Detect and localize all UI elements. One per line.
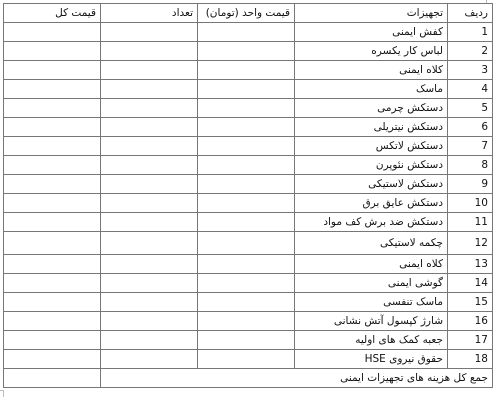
table-row: 7دستکش لاتکس [4, 137, 493, 156]
total-price-cell[interactable] [4, 137, 101, 156]
total-price-cell[interactable] [4, 23, 101, 42]
row-number-cell: 5 [448, 99, 493, 118]
unit-price-cell[interactable] [198, 23, 295, 42]
total-price-cell[interactable] [4, 331, 101, 350]
safety-equipment-cost-table: ردیف تجهیزات قیمت واحد (تومان) تعداد قیم… [3, 3, 493, 388]
quantity-cell[interactable] [101, 312, 198, 331]
table-footer-row: جمع کل هزینه های تجهیزات ایمنی [4, 369, 493, 388]
quantity-cell[interactable] [101, 118, 198, 137]
row-number-cell: 6 [448, 118, 493, 137]
total-price-cell[interactable] [4, 293, 101, 312]
equipment-name-cell: دستکش چرمی [295, 99, 448, 118]
table-row: 10دستکش عایق برق [4, 194, 493, 213]
row-number-cell: 14 [448, 274, 493, 293]
unit-price-cell[interactable] [198, 118, 295, 137]
quantity-cell[interactable] [101, 293, 198, 312]
quantity-cell[interactable] [101, 194, 198, 213]
table-row: 16شارژ کپسول آتش نشانی [4, 312, 493, 331]
equipment-name-cell: دستکش نئوپرن [295, 156, 448, 175]
row-number-cell: 9 [448, 175, 493, 194]
equipment-name-cell: کلاه ایمنی [295, 61, 448, 80]
equipment-name-cell: لباس کار یکسره [295, 42, 448, 61]
quantity-cell[interactable] [101, 255, 198, 274]
unit-price-cell[interactable] [198, 194, 295, 213]
row-number-cell: 1 [448, 23, 493, 42]
quantity-cell[interactable] [101, 42, 198, 61]
total-price-cell[interactable] [4, 312, 101, 331]
equipment-name-cell: دستکش لاتکس [295, 137, 448, 156]
quantity-cell[interactable] [101, 274, 198, 293]
total-price-cell[interactable] [4, 255, 101, 274]
equipment-name-cell: دستکش نیتریلی [295, 118, 448, 137]
quantity-cell[interactable] [101, 331, 198, 350]
equipment-name-cell: دستکش لاستیکی [295, 175, 448, 194]
page-corner-mark-bottom-left [0, 390, 4, 397]
total-price-cell[interactable] [4, 156, 101, 175]
row-number-cell: 8 [448, 156, 493, 175]
equipment-name-cell: جعبه کمک های اولیه [295, 331, 448, 350]
total-price-cell[interactable] [4, 80, 101, 99]
table-row: 1کفش ایمنی [4, 23, 493, 42]
equipment-name-cell: گوشی ایمنی [295, 274, 448, 293]
table-row: 12چکمه لاستیکی [4, 232, 493, 255]
total-price-cell[interactable] [4, 194, 101, 213]
row-number-cell: 10 [448, 194, 493, 213]
unit-price-cell[interactable] [198, 137, 295, 156]
quantity-cell[interactable] [101, 80, 198, 99]
header-unit-price: قیمت واحد (تومان) [198, 4, 295, 23]
table-row: 15ماسک تنفسی [4, 293, 493, 312]
total-price-cell[interactable] [4, 232, 101, 255]
row-number-cell: 18 [448, 350, 493, 369]
header-equipment: تجهیزات [295, 4, 448, 23]
quantity-cell[interactable] [101, 175, 198, 194]
equipment-name-cell: ماسک [295, 80, 448, 99]
row-number-cell: 4 [448, 80, 493, 99]
quantity-cell[interactable] [101, 61, 198, 80]
row-number-cell: 3 [448, 61, 493, 80]
unit-price-cell[interactable] [198, 213, 295, 232]
equipment-name-cell: کلاه ایمنی [295, 255, 448, 274]
equipment-name-cell: ماسک تنفسی [295, 293, 448, 312]
quantity-cell[interactable] [101, 137, 198, 156]
unit-price-cell[interactable] [198, 61, 295, 80]
table-header-row: ردیف تجهیزات قیمت واحد (تومان) تعداد قیم… [4, 4, 493, 23]
quantity-cell[interactable] [101, 156, 198, 175]
header-total-price: قیمت کل [4, 4, 101, 23]
unit-price-cell[interactable] [198, 175, 295, 194]
total-price-cell[interactable] [4, 118, 101, 137]
unit-price-cell[interactable] [198, 312, 295, 331]
header-quantity: تعداد [101, 4, 198, 23]
header-radif: ردیف [448, 4, 493, 23]
total-price-cell[interactable] [4, 99, 101, 118]
row-number-cell: 12 [448, 232, 493, 255]
total-price-cell[interactable] [4, 61, 101, 80]
equipment-name-cell: دستکش عایق برق [295, 194, 448, 213]
unit-price-cell[interactable] [198, 255, 295, 274]
total-price-cell[interactable] [4, 42, 101, 61]
equipment-name-cell: دستکش ضد برش کف مواد [295, 213, 448, 232]
row-number-cell: 11 [448, 213, 493, 232]
quantity-cell[interactable] [101, 232, 198, 255]
total-price-cell[interactable] [4, 175, 101, 194]
row-number-cell: 17 [448, 331, 493, 350]
quantity-cell[interactable] [101, 23, 198, 42]
table-row: 9دستکش لاستیکی [4, 175, 493, 194]
unit-price-cell[interactable] [198, 232, 295, 255]
table-row: 4ماسک [4, 80, 493, 99]
unit-price-cell[interactable] [198, 331, 295, 350]
row-number-cell: 16 [448, 312, 493, 331]
table-row: 13کلاه ایمنی [4, 255, 493, 274]
table-row: 17جعبه کمک های اولیه [4, 331, 493, 350]
equipment-name-cell: چکمه لاستیکی [295, 232, 448, 255]
equipment-name-cell: حقوق نیروی HSE [295, 350, 448, 369]
unit-price-cell[interactable] [198, 99, 295, 118]
total-price-cell[interactable] [4, 274, 101, 293]
quantity-cell[interactable] [101, 350, 198, 369]
unit-price-cell[interactable] [198, 156, 295, 175]
row-number-cell: 7 [448, 137, 493, 156]
unit-price-cell[interactable] [198, 80, 295, 99]
table-row: 5دستکش چرمی [4, 99, 493, 118]
equipment-name-cell: شارژ کپسول آتش نشانی [295, 312, 448, 331]
row-number-cell: 15 [448, 293, 493, 312]
unit-price-cell[interactable] [198, 350, 295, 369]
grand-total-value-cell[interactable] [4, 369, 101, 388]
equipment-name-cell: کفش ایمنی [295, 23, 448, 42]
total-price-cell[interactable] [4, 350, 101, 369]
table-row: 18حقوق نیروی HSE [4, 350, 493, 369]
unit-price-cell[interactable] [198, 274, 295, 293]
quantity-cell[interactable] [101, 99, 198, 118]
grand-total-label: جمع کل هزینه های تجهیزات ایمنی [101, 369, 493, 388]
table-row: 8دستکش نئوپرن [4, 156, 493, 175]
row-number-cell: 2 [448, 42, 493, 61]
total-price-cell[interactable] [4, 213, 101, 232]
row-number-cell: 13 [448, 255, 493, 274]
table-row: 6دستکش نیتریلی [4, 118, 493, 137]
unit-price-cell[interactable] [198, 42, 295, 61]
table-row: 11دستکش ضد برش کف مواد [4, 213, 493, 232]
table-row: 14گوشی ایمنی [4, 274, 493, 293]
unit-price-cell[interactable] [198, 293, 295, 312]
table-row: 3کلاه ایمنی [4, 61, 493, 80]
table-row: 2لباس کار یکسره [4, 42, 493, 61]
quantity-cell[interactable] [101, 213, 198, 232]
